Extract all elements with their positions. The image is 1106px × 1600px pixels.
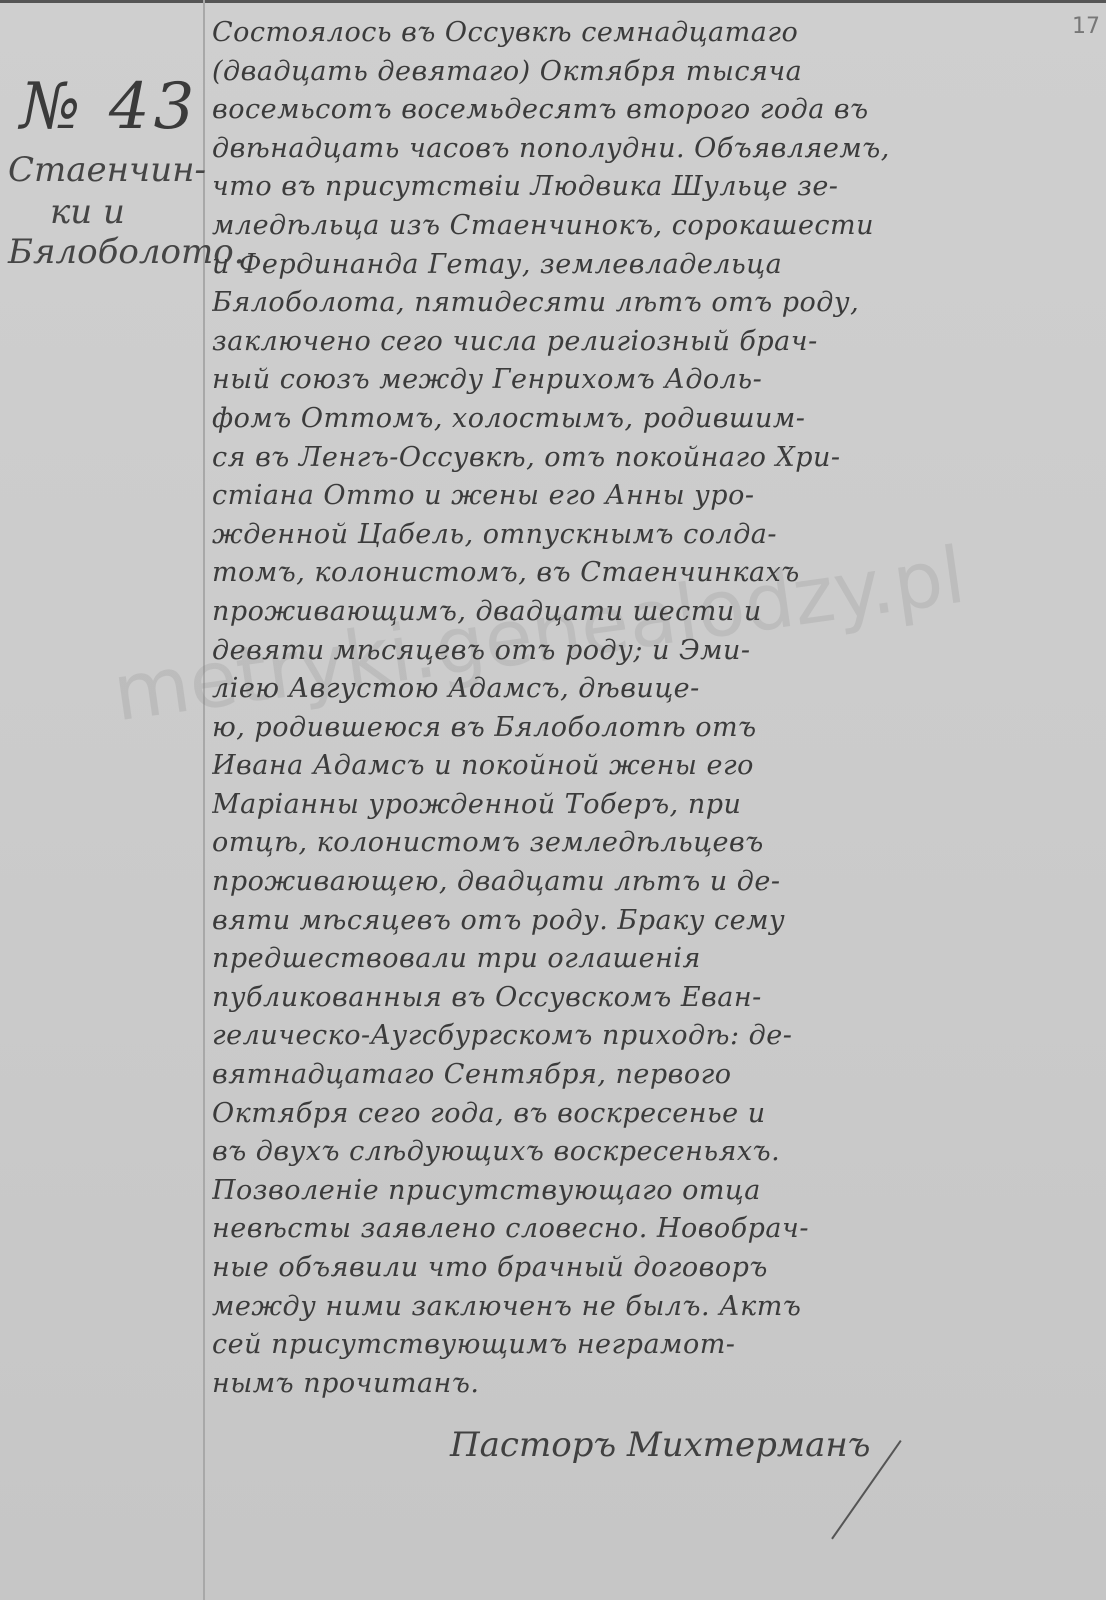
margin-place-line: ки и	[50, 192, 125, 232]
text-line: публикованныя въ Оссувскомъ Еван-	[212, 979, 1072, 1018]
text-line: томъ, колонистомъ, въ Стаенчинкахъ	[212, 554, 1072, 593]
signature: Пасторъ Михтерманъ	[450, 1425, 870, 1465]
text-line: проживающею, двадцати лѣтъ и де-	[212, 863, 1072, 902]
document-page: 17 № 43 Стаенчин- ки и Бялоболото. metry…	[0, 0, 1106, 1600]
text-line: Ивана Адамсъ и покойной жены его	[212, 747, 1072, 786]
text-line: Бялоболота, пятидесяти лѣтъ отъ роду,	[212, 284, 1072, 323]
text-line: и Фердинанда Гетау, землевладельца	[212, 246, 1072, 285]
text-line: Состоялось въ Оссувкѣ семнадцатаго	[212, 14, 1072, 53]
text-line: что въ присутствіи Людвика Шульце зе-	[212, 168, 1072, 207]
text-line: стіана Отто и жены его Анны уро-	[212, 477, 1072, 516]
text-line: (двадцать девятаго) Октября тысяча	[212, 53, 1072, 92]
text-line: ю, родившеюся въ Бялоболотѣ отъ	[212, 709, 1072, 748]
text-line: девяти мѣсяцевъ отъ роду; и Эми-	[212, 632, 1072, 671]
text-line: ные объявили что брачный договоръ	[212, 1249, 1072, 1288]
text-line: гелическо-Аугсбургскомъ приходѣ: де-	[212, 1017, 1072, 1056]
text-line: вяти мѣсяцевъ отъ роду. Браку сему	[212, 902, 1072, 941]
text-line: фомъ Оттомъ, холостымъ, родившим-	[212, 400, 1072, 439]
text-line: Позволеніе присутствующаго отца	[212, 1172, 1072, 1211]
text-line: ся въ Ленгъ-Оссувкѣ, отъ покойнаго Хри-	[212, 439, 1072, 478]
text-line: Маріанны урожденной Тоберъ, при	[212, 786, 1072, 825]
text-line: отцѣ, колонистомъ земледѣльцевъ	[212, 824, 1072, 863]
margin-place-line: Стаенчин-	[8, 150, 206, 190]
text-line: предшествовали три оглашенія	[212, 940, 1072, 979]
record-text: Состоялось въ Оссувкѣ семнадцатаго(двадц…	[212, 14, 1072, 1403]
text-line: восемьсотъ восемьдесятъ второго года въ	[212, 91, 1072, 130]
text-line: проживающимъ, двадцати шести и	[212, 593, 1072, 632]
entry-number: № 43	[20, 70, 198, 144]
text-line: двѣнадцать часовъ пополудни. Объявляемъ,	[212, 130, 1072, 169]
text-line: заключено сего числа религіозный брач-	[212, 323, 1072, 362]
text-line: невѣсты заявлено словесно. Новобрач-	[212, 1210, 1072, 1249]
text-line: жденной Цабель, отпускнымъ солда-	[212, 516, 1072, 555]
text-line: ный союзъ между Генрихомъ Адоль-	[212, 361, 1072, 400]
text-line: сей присутствующимъ неграмот-	[212, 1326, 1072, 1365]
margin-place-line: Бялоболото.	[8, 232, 244, 272]
text-line: между ними заключенъ не былъ. Актъ	[212, 1288, 1072, 1327]
text-line: Октября сего года, въ воскресенье и	[212, 1095, 1072, 1134]
text-line: въ двухъ слѣдующихъ воскресеньяхъ.	[212, 1133, 1072, 1172]
text-line: мледѣльца изъ Стаенчинокъ, сорокашести	[212, 207, 1072, 246]
scan-edge	[0, 0, 1106, 3]
text-line: вятнадцатаго Сентября, первого	[212, 1056, 1072, 1095]
text-line: ліею Августою Адамсъ, дѣвице-	[212, 670, 1072, 709]
folio-number: 17	[1072, 14, 1100, 39]
text-line: нымъ прочитанъ.	[212, 1365, 1072, 1404]
